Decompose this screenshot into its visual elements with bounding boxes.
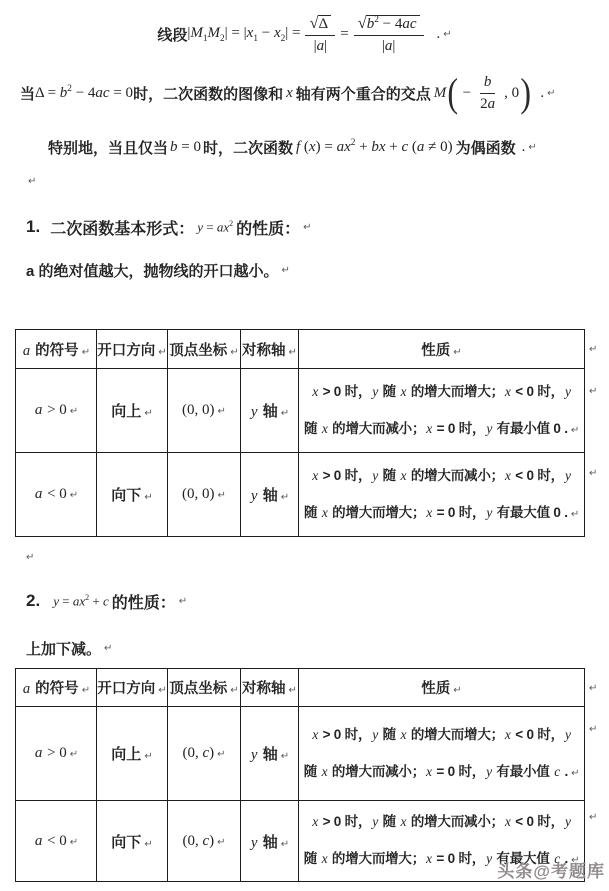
cell-mark: ↵ <box>218 406 226 417</box>
section-number: 1. <box>26 217 40 237</box>
paragraph-mark: ↵ <box>282 265 290 276</box>
cell-direction: 向下↵ <box>97 801 168 882</box>
fraction-denominator: 2a <box>476 94 499 114</box>
cell-a-sign: a > 0↵ <box>16 707 97 801</box>
cell-mark: ↵ <box>144 408 152 419</box>
header-direction: 开口方向↵ <box>97 669 168 707</box>
row-end-mark: ↵ <box>589 683 597 694</box>
text-run: 特别地，当且仅当 <box>48 137 168 158</box>
cell-mark: ↵ <box>144 839 152 850</box>
math-run-discriminant: Δ = b2 − 4ac = 0 <box>35 84 133 102</box>
text-run: 时，二次函数 <box>203 137 293 158</box>
section-title-suffix: 的性质： <box>112 590 176 613</box>
math-run-zero: , 0 <box>504 85 519 102</box>
cell-mark: ↵ <box>70 837 78 848</box>
cell-mark: ↵ <box>571 768 579 779</box>
cell-mark: ↵ <box>82 347 90 358</box>
period-mark: . <box>522 139 526 156</box>
properties-table-1: a 的符号↵ 开口方向↵ 顶点坐标↵ 对称轴↵ 性质↵ a > 0↵ 向上↵ (… <box>15 329 585 537</box>
paragraph-mark: ↵ <box>547 88 555 99</box>
note-text: 上加下减。 <box>26 638 101 659</box>
table-row: a > 0↵ 向上↵ (0, c)↵ y 轴↵ x > 0 时，y 随 x 的增… <box>16 707 585 801</box>
text-run: 为偶函数 <box>456 137 516 158</box>
fraction-numerator: √b2 − 4ac <box>354 13 424 36</box>
cell-mark: ↵ <box>281 492 289 503</box>
minus-sign: − <box>463 85 471 102</box>
cell-mark: ↵ <box>289 347 297 358</box>
text-run: 当 <box>20 83 35 104</box>
cell-mark: ↵ <box>281 408 289 419</box>
document-page: 线段 |M1M2| = |x1 − x2| = √Δ |a| = √b2 − 4… <box>0 0 609 891</box>
cell-mark: ↵ <box>70 406 78 417</box>
row-end-mark: ↵ <box>589 468 597 479</box>
cell-mark: ↵ <box>453 347 461 358</box>
fraction-numerator: b <box>480 73 496 94</box>
fraction-denominator: |a| <box>378 36 400 56</box>
cell-mark: ↵ <box>144 492 152 503</box>
cell-property: x > 0 时，y 随 x 的增大而减小；x < 0 时，y 随 x 的增大而增… <box>299 453 585 537</box>
paragraph-mark: ↵ <box>528 142 536 153</box>
cell-mark: ↵ <box>70 490 78 501</box>
section-1-heading: 1. 二次函数基本形式： y = ax2 的性质： ↵ <box>26 214 312 240</box>
math-run-fx: f (x) = ax2 + bx + c (a ≠ 0) <box>296 138 453 156</box>
period-mark: . <box>540 85 544 102</box>
fraction-b-over-2a: b 2a <box>476 73 499 114</box>
cell-mark: ↵ <box>70 749 78 760</box>
cell-a-sign: a < 0↵ <box>16 453 97 537</box>
table-row: a 的符号↵ 开口方向↵ 顶点坐标↵ 对称轴↵ 性质↵ <box>16 330 585 369</box>
header-a-sign: a 的符号↵ <box>16 669 97 707</box>
text-run: 时，二次函数的图像和 <box>133 83 283 104</box>
big-paren-close: ) <box>520 73 531 113</box>
header-vertex: 顶点坐标↵ <box>168 669 241 707</box>
row-end-mark: ↵ <box>589 386 597 397</box>
paragraph-mark: ↵ <box>26 552 34 563</box>
fraction-sqrt-delta: √Δ |a| <box>305 13 335 56</box>
formula-segment-length: 线段 |M1M2| = |x1 − x2| = √Δ |a| = √b2 − 4… <box>0 6 609 62</box>
paragraph-mark: ↵ <box>28 176 36 187</box>
cell-mark: ↵ <box>158 685 166 696</box>
table-row: a 的符号↵ 开口方向↵ 顶点坐标↵ 对称轴↵ 性质↵ <box>16 669 585 707</box>
cell-mark: ↵ <box>230 347 238 358</box>
section-2-heading: 2. y = ax2 + c 的性质： ↵ <box>26 588 187 614</box>
paragraph-even-function: 特别地，当且仅当 b = 0 时，二次函数 f (x) = ax2 + bx +… <box>48 134 537 160</box>
paragraph-mark: ↵ <box>303 222 311 233</box>
cell-vertex: (0, c)↵ <box>168 801 241 882</box>
row-end-mark: ↵ <box>589 812 597 823</box>
properties-table-2: a 的符号↵ 开口方向↵ 顶点坐标↵ 对称轴↵ 性质↵ a > 0↵ 向上↵ (… <box>15 668 585 882</box>
row-end-mark: ↵ <box>589 344 597 355</box>
fraction-sqrt-discriminant: √b2 − 4ac |a| <box>354 13 424 56</box>
cell-mark: ↵ <box>217 837 225 848</box>
paragraph-mark: ↵ <box>443 29 451 40</box>
fraction-denominator: |a| <box>310 36 332 56</box>
cell-property: x > 0 时，y 随 x 的增大而增大；x < 0 时，y 随 x 的增大而减… <box>299 707 585 801</box>
cell-mark: ↵ <box>281 839 289 850</box>
cell-mark: ↵ <box>281 751 289 762</box>
section-title-suffix: 的性质： <box>236 216 300 239</box>
equals-sign: = <box>340 26 348 43</box>
cell-axis: y 轴↵ <box>241 453 299 537</box>
header-a-sign: a 的符号↵ <box>16 330 97 369</box>
header-property: 性质↵ <box>299 669 585 707</box>
cell-vertex: (0, 0)↵ <box>168 453 241 537</box>
row-end-mark: ↵ <box>589 724 597 735</box>
section-formula: y = ax2 <box>197 219 233 235</box>
formula-prefix: 线段 <box>157 24 187 45</box>
math-run-b-zero: b = 0 <box>170 139 201 156</box>
cell-direction: 向上↵ <box>97 369 168 453</box>
cell-mark: ↵ <box>230 685 238 696</box>
cell-axis: y 轴↵ <box>241 707 299 801</box>
paragraph-delta-zero: 当 Δ = b2 − 4ac = 0 时，二次函数的图像和 x 轴有两个重合的交… <box>20 66 556 120</box>
cell-axis: y 轴↵ <box>241 801 299 882</box>
note-text: a 的绝对值越大，抛物线的开口越小。 <box>26 260 279 281</box>
section-number: 2. <box>26 591 40 611</box>
toutiao-watermark: 头条@考题库 <box>497 857 605 882</box>
cell-mark: ↵ <box>289 685 297 696</box>
cell-vertex: (0, 0)↵ <box>168 369 241 453</box>
cell-mark: ↵ <box>158 347 166 358</box>
table-row: a < 0↵ 向下↵ (0, 0)↵ y 轴↵ x > 0 时，y 随 x 的增… <box>16 453 585 537</box>
paragraph-mark: ↵ <box>179 596 187 607</box>
cell-a-sign: a > 0↵ <box>16 369 97 453</box>
period-mark: . <box>437 26 441 43</box>
table-row: a > 0↵ 向上↵ (0, 0)↵ y 轴↵ x > 0 时，y 随 x 的增… <box>16 369 585 453</box>
cell-direction: 向下↵ <box>97 453 168 537</box>
header-property: 性质↵ <box>299 330 585 369</box>
formula-abs-expression: |M1M2| = |x1 − x2| = <box>187 25 300 44</box>
paragraph-mark: ↵ <box>104 643 112 654</box>
cell-mark: ↵ <box>453 685 461 696</box>
cell-mark: ↵ <box>217 749 225 760</box>
fraction-numerator: √Δ <box>305 13 335 36</box>
cell-mark: ↵ <box>144 751 152 762</box>
cell-mark: ↵ <box>218 490 226 501</box>
cell-property: x > 0 时，y 随 x 的增大而增大；x < 0 时，y 随 x 的增大而减… <box>299 369 585 453</box>
header-vertex: 顶点坐标↵ <box>168 330 241 369</box>
header-axis: 对称轴↵ <box>241 669 299 707</box>
cell-a-sign: a < 0↵ <box>16 801 97 882</box>
big-paren-open: ( <box>448 73 459 113</box>
header-axis: 对称轴↵ <box>241 330 299 369</box>
cell-mark: ↵ <box>571 425 579 436</box>
section-1-note: a 的绝对值越大，抛物线的开口越小。 ↵ <box>26 259 290 281</box>
cell-direction: 向上↵ <box>97 707 168 801</box>
cell-mark: ↵ <box>571 509 579 520</box>
section-2-note: 上加下减。 ↵ <box>26 637 112 659</box>
cell-vertex: (0, c)↵ <box>168 707 241 801</box>
text-run: 轴有两个重合的交点 <box>296 83 431 104</box>
cell-mark: ↵ <box>82 685 90 696</box>
section-formula: y = ax2 + c <box>53 593 109 609</box>
cell-axis: y 轴↵ <box>241 369 299 453</box>
math-run-x: x <box>286 85 293 102</box>
math-run-m: M <box>434 85 447 102</box>
section-title: 二次函数基本形式： <box>50 216 194 239</box>
header-direction: 开口方向↵ <box>97 330 168 369</box>
